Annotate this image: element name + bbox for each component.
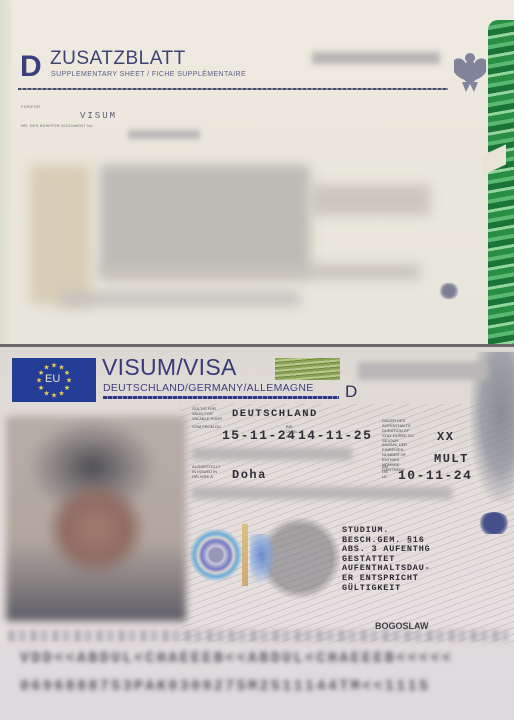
- microprint-line: [103, 396, 339, 399]
- hologram-strip: [275, 358, 340, 380]
- redacted-text-line: [100, 265, 420, 279]
- svg-text:★: ★: [38, 384, 44, 392]
- sheet-left-edge: [0, 0, 12, 344]
- eu-badge-text: EU: [45, 373, 60, 385]
- microtext-strip: [8, 630, 508, 642]
- redacted-photo-area: [30, 165, 90, 305]
- entries-value: MULT: [434, 452, 469, 466]
- type-label: FÜR/FOR: [21, 104, 40, 109]
- mrz-line-1: VDD<<ABDUL<CHAEEEB<<ABDUL<CHAEEEB<<<<<: [20, 650, 453, 667]
- until-label: BIS UNTIL AU: [286, 424, 294, 439]
- supplementary-sheet: D ZUSATZBLATT SUPPLEMENTARY SHEET / FICH…: [0, 0, 514, 344]
- duration-value: XX: [437, 430, 454, 444]
- redacted-text-line: [310, 185, 430, 215]
- eagle-emblem-icon: [478, 512, 510, 534]
- svg-text:★: ★: [51, 362, 57, 370]
- document-number-label: NR. DES BZW/FOR DOCUMENT No.: [21, 123, 94, 128]
- issued-in-label: AUSGESTELLT IN ISSUED IN DÉLIVRÉ À: [192, 464, 224, 479]
- official-stamp-icon: [438, 283, 460, 299]
- header-divider: [18, 88, 448, 90]
- redacted-text-block: [100, 165, 310, 275]
- valid-for-value: DEUTSCHLAND: [232, 408, 318, 420]
- green-security-strip: [488, 20, 514, 344]
- federal-eagle-icon: [450, 50, 490, 94]
- issued-on-date: 10-11-24: [398, 468, 472, 483]
- issued-on-label: AM ON LE: [382, 464, 390, 479]
- duration-label: DAUER DES AUFENTHALTS DURATION OF STAY D…: [382, 418, 414, 443]
- sheet-subtitle: SUPPLEMENTARY SHEET / FICHE SUPPLÉMENTAI…: [51, 71, 246, 78]
- redacted-text-line: [60, 292, 300, 306]
- visa-remarks: STUDIUM. BESCH.GEM. §16 ABS. 3 AUFENTHG …: [342, 526, 431, 593]
- country-letter: D: [20, 50, 42, 84]
- remark-line: GÜLTIGKEIT: [342, 584, 431, 594]
- hologram-kinegram: [250, 534, 276, 586]
- hologram-seal-icon: [186, 522, 246, 588]
- until-date: 14-11-25: [298, 428, 372, 443]
- visa-country: DEUTSCHLAND/GERMANY/ALLEMAGNE: [103, 382, 314, 394]
- svg-text:★: ★: [66, 377, 72, 385]
- redacted-serial: [312, 52, 440, 64]
- hologram-band: [242, 524, 248, 586]
- redacted-visa-number: [358, 362, 488, 380]
- document-type-value: VISUM: [80, 111, 117, 121]
- valid-for-label: GÜLTIG FÜR VALID FOR VALABLE POUR: [192, 406, 224, 421]
- svg-text:★: ★: [36, 377, 42, 385]
- issued-in-value: Doha: [232, 468, 267, 482]
- sheet-title: ZUSATZBLATT: [50, 48, 186, 70]
- svg-text:★: ★: [51, 392, 57, 400]
- holder-photo-redacted: [6, 416, 186, 621]
- redacted-field: [192, 448, 352, 460]
- svg-text:★: ★: [43, 364, 49, 372]
- redacted-document-number: [128, 130, 200, 139]
- svg-text:★: ★: [64, 369, 70, 377]
- page-divider: [0, 344, 514, 347]
- mrz-line-2: 0696888753PAK0309275M2511144TM<<1115: [20, 678, 430, 695]
- redacted-holder-name: [192, 487, 452, 499]
- visa-country-letter: D: [345, 382, 357, 402]
- eu-flag-icon: ★★★★★★★★★★★★ EU: [12, 358, 96, 402]
- visa-sticker: ★★★★★★★★★★★★ EU VISUM/VISA DEUTSCHLAND/G…: [0, 344, 514, 720]
- from-label: VOM FROM DU: [192, 424, 224, 429]
- visa-title: VISUM/VISA: [102, 354, 237, 381]
- svg-text:★: ★: [58, 389, 64, 397]
- svg-text:★: ★: [43, 389, 49, 397]
- svg-text:★: ★: [64, 384, 70, 392]
